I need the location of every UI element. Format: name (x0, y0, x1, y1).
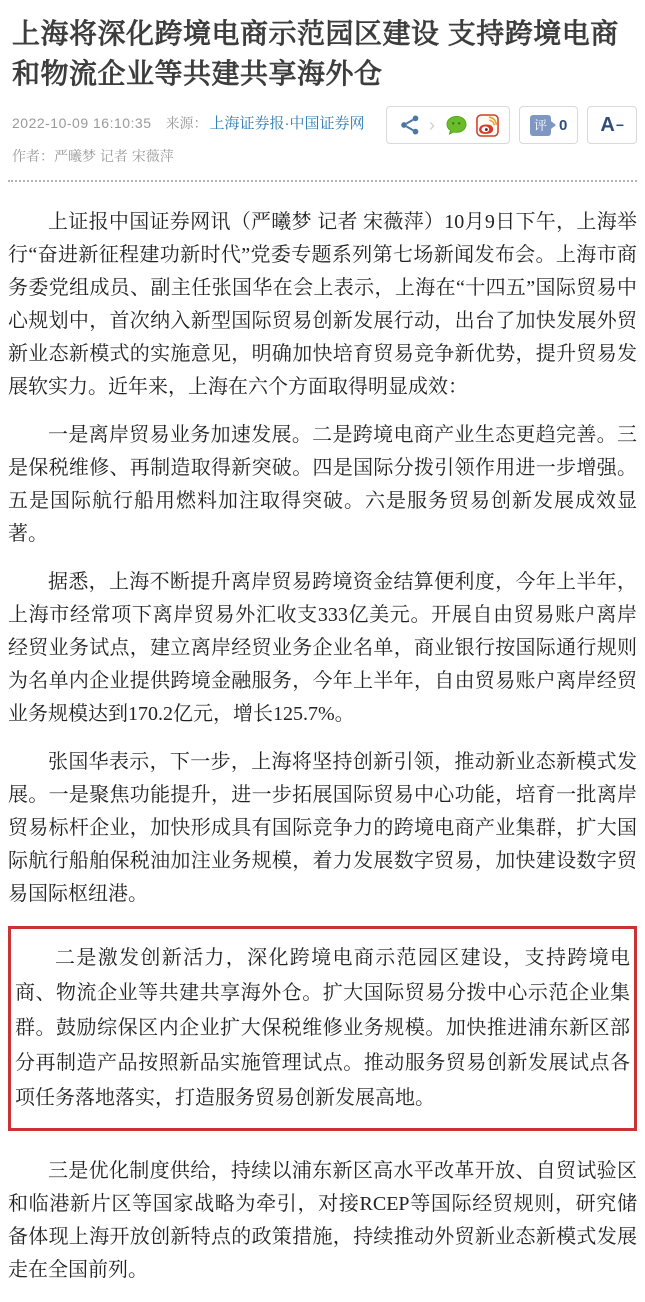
article-body: 上证报中国证券网讯（严曦梦 记者 宋薇萍）10月9日下午，上海举行“奋进新征程建… (8, 206, 637, 1287)
meta-row: 2022-10-09 16:10:35来源：上海证券报·中国证券网 作者：严曦梦… (12, 106, 637, 166)
article-page: 上海将深化跨境电商示范园区建设 支持跨境电商和物流企业等共建共享海外仓 2022… (0, 0, 645, 1287)
author-line: 作者：严曦梦 记者 宋薇萍 (12, 146, 365, 166)
source-link[interactable]: 上海证券报·中国证券网 (210, 115, 365, 132)
comment-count: 0 (559, 117, 567, 134)
paragraph: 上证报中国证券网讯（严曦梦 记者 宋薇萍）10月9日下午，上海举行“奋进新征程建… (8, 206, 637, 404)
font-size-label: A (600, 115, 614, 135)
meta-info: 2022-10-09 16:10:35来源：上海证券报·中国证券网 作者：严曦梦… (12, 106, 365, 166)
comment-icon: 评 (530, 115, 551, 136)
wechat-icon[interactable] (445, 114, 468, 137)
page-title: 上海将深化跨境电商示范园区建设 支持跨境电商和物流企业等共建共享海外仓 (12, 14, 635, 94)
paragraph: 三是优化制度供给，持续以浦东新区高水平改革开放、自贸试验区和临港新片区等国家战略… (8, 1155, 637, 1287)
divider (8, 180, 637, 182)
highlighted-paragraph: 二是激发创新活力，深化跨境电商示范园区建设，支持跨境电商、物流企业等共建共享海外… (8, 926, 637, 1131)
share-toolbar: › (386, 106, 637, 144)
share-icon[interactable] (399, 114, 421, 136)
paragraph: 一是离岸贸易业务加速发展。二是跨境电商产业生态更趋完善。三是保税维修、再制造取得… (8, 419, 637, 551)
share-box: › (386, 106, 510, 144)
publish-datetime: 2022-10-09 16:10:35 (12, 115, 152, 131)
chevron-right-icon: › (429, 116, 435, 134)
meta-line: 2022-10-09 16:10:35来源：上海证券报·中国证券网 (12, 112, 365, 133)
font-size-minus: − (616, 118, 624, 132)
paragraph: 据悉，上海不断提升离岸贸易跨境资金结算便利度，今年上半年，上海市经常项下离岸贸易… (8, 566, 637, 731)
source-label: 来源： (166, 115, 208, 131)
paragraph: 张国华表示，下一步，上海将坚持创新引领，推动新业态新模式发展。一是聚焦功能提升，… (8, 746, 637, 911)
comment-button[interactable]: 评 0 (519, 106, 578, 144)
font-size-button[interactable]: A− (587, 106, 637, 144)
weibo-icon[interactable] (476, 114, 499, 137)
